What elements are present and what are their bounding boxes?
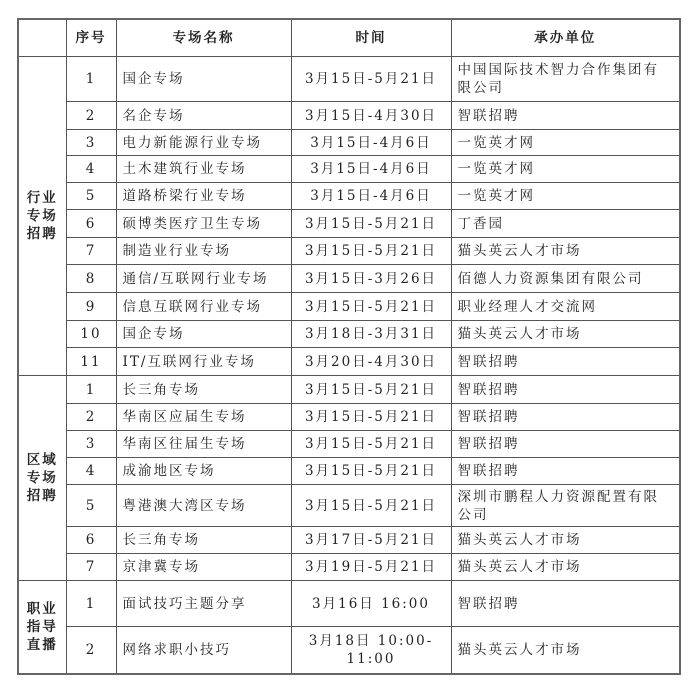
- row-number: 7: [66, 554, 116, 581]
- event-time: 3月15日-4月6日: [291, 156, 451, 183]
- table-row: 3电力新能源行业专场3月15日-4月6日一览英才网: [18, 130, 680, 156]
- row-number: 10: [66, 321, 116, 348]
- table-row: 2华南区应届生专场3月15日-5月21日智联招聘: [18, 404, 680, 431]
- table-row: 5道路桥梁行业专场3月15日-4月6日一览英才网: [18, 183, 680, 210]
- event-time: 3月18日-3月31日: [291, 321, 451, 348]
- organizer: 智联招聘: [451, 348, 680, 376]
- event-name: 名企专场: [116, 102, 291, 130]
- organizer: 丁香园: [451, 210, 680, 238]
- event-time: 3月15日-5月21日: [291, 57, 451, 102]
- row-number: 2: [66, 627, 116, 674]
- row-number: 5: [66, 183, 116, 210]
- event-time: 3月20日-4月30日: [291, 348, 451, 376]
- organizer: 猫头英云人才市场: [451, 527, 680, 554]
- organizer: 职业经理人才交流网: [451, 293, 680, 321]
- table-row: 10国企专场3月18日-3月31日猫头英云人才市场: [18, 321, 680, 348]
- event-name: 信息互联网行业专场: [116, 293, 291, 321]
- header-row: 序号 专场名称 时间 承办单位: [18, 19, 680, 57]
- organizer: 猫头英云人才市场: [451, 238, 680, 265]
- section-label-line: 行业: [25, 189, 60, 207]
- row-number: 3: [66, 431, 116, 458]
- row-number: 3: [66, 130, 116, 156]
- event-name: 电力新能源行业专场: [116, 130, 291, 156]
- table-row: 3华南区往届生专场3月15日-5月21日智联招聘: [18, 431, 680, 458]
- header-org: 承办单位: [451, 19, 680, 57]
- event-name: 面试技巧主题分享: [116, 581, 291, 627]
- event-time: 3月15日-5月21日: [291, 458, 451, 485]
- event-time: 3月19日-5月21日: [291, 554, 451, 581]
- row-number: 5: [66, 485, 116, 527]
- table-row: 4土木建筑行业专场3月15日-4月6日一览英才网: [18, 156, 680, 183]
- event-time: 3月15日-4月6日: [291, 130, 451, 156]
- event-name: 国企专场: [116, 57, 291, 102]
- schedule-table: 序号 专场名称 时间 承办单位 行业专场招聘1国企专场3月15日-5月21日中国…: [17, 18, 681, 675]
- header-no: 序号: [66, 19, 116, 57]
- section-label: 职业指导直播: [18, 581, 66, 674]
- table-row: 4成渝地区专场3月15日-5月21日智联招聘: [18, 458, 680, 485]
- event-name: 京津冀专场: [116, 554, 291, 581]
- event-time: 3月15日-5月21日: [291, 485, 451, 527]
- row-number: 6: [66, 527, 116, 554]
- table-row: 2名企专场3月15日-4月30日智联招聘: [18, 102, 680, 130]
- organizer: 猫头英云人才市场: [451, 554, 680, 581]
- table-row: 行业专场招聘1国企专场3月15日-5月21日中国国际技术智力合作集团有限公司: [18, 57, 680, 102]
- table-row: 8通信/互联网行业专场3月15日-3月26日佰德人力资源集团有限公司: [18, 265, 680, 293]
- row-number: 4: [66, 156, 116, 183]
- event-time: 3月18日 10:00-11:00: [291, 627, 451, 674]
- row-number: 1: [66, 581, 116, 627]
- event-time: 3月15日-4月30日: [291, 102, 451, 130]
- event-name: 长三角专场: [116, 527, 291, 554]
- event-time: 3月17日-5月21日: [291, 527, 451, 554]
- table-body: 行业专场招聘1国企专场3月15日-5月21日中国国际技术智力合作集团有限公司2名…: [18, 57, 680, 674]
- organizer: 中国国际技术智力合作集团有限公司: [451, 57, 680, 102]
- section-label-line: 招聘: [25, 225, 60, 243]
- row-number: 7: [66, 238, 116, 265]
- table-row: 职业指导直播1面试技巧主题分享3月16日 16:00智联招聘: [18, 581, 680, 627]
- row-number: 1: [66, 57, 116, 102]
- table-row: 2网络求职小技巧3月18日 10:00-11:00猫头英云人才市场: [18, 627, 680, 674]
- event-name: IT/互联网行业专场: [116, 348, 291, 376]
- header-time: 时间: [291, 19, 451, 57]
- event-time: 3月15日-5月21日: [291, 238, 451, 265]
- organizer: 猫头英云人才市场: [451, 627, 680, 674]
- table-row: 6长三角专场3月17日-5月21日猫头英云人才市场: [18, 527, 680, 554]
- table-row: 5粤港澳大湾区专场3月15日-5月21日深圳市鹏程人力资源配置有限公司: [18, 485, 680, 527]
- table-row: 7京津冀专场3月19日-5月21日猫头英云人才市场: [18, 554, 680, 581]
- organizer: 智联招聘: [451, 458, 680, 485]
- event-name: 成渝地区专场: [116, 458, 291, 485]
- organizer: 智联招聘: [451, 581, 680, 627]
- organizer: 智联招聘: [451, 376, 680, 404]
- event-time: 3月15日-5月21日: [291, 431, 451, 458]
- section-label: 行业专场招聘: [18, 57, 66, 376]
- event-name: 网络求职小技巧: [116, 627, 291, 674]
- event-time: 3月15日-5月21日: [291, 376, 451, 404]
- organizer: 智联招聘: [451, 102, 680, 130]
- table-row: 9信息互联网行业专场3月15日-5月21日职业经理人才交流网: [18, 293, 680, 321]
- event-name: 粤港澳大湾区专场: [116, 485, 291, 527]
- organizer: 智联招聘: [451, 404, 680, 431]
- event-name: 国企专场: [116, 321, 291, 348]
- header-name: 专场名称: [116, 19, 291, 57]
- row-number: 8: [66, 265, 116, 293]
- section-label-line: 区域: [25, 451, 60, 469]
- table-row: 7制造业行业专场3月15日-5月21日猫头英云人才市场: [18, 238, 680, 265]
- event-time: 3月15日-5月21日: [291, 293, 451, 321]
- event-name: 华南区应届生专场: [116, 404, 291, 431]
- section-label-line: 指导: [25, 618, 60, 636]
- event-time: 3月15日-5月21日: [291, 210, 451, 238]
- section-label-line: 直播: [25, 636, 60, 654]
- organizer: 猫头英云人才市场: [451, 321, 680, 348]
- event-name: 硕博类医疗卫生专场: [116, 210, 291, 238]
- header-section: [18, 19, 66, 57]
- organizer: 智联招聘: [451, 431, 680, 458]
- event-name: 通信/互联网行业专场: [116, 265, 291, 293]
- row-number: 4: [66, 458, 116, 485]
- organizer: 深圳市鹏程人力资源配置有限公司: [451, 485, 680, 527]
- event-time: 3月15日-4月6日: [291, 183, 451, 210]
- table-row: 区域专场招聘1长三角专场3月15日-5月21日智联招聘: [18, 376, 680, 404]
- section-label-line: 专场: [25, 207, 60, 225]
- table-row: 6硕博类医疗卫生专场3月15日-5月21日丁香园: [18, 210, 680, 238]
- event-name: 制造业行业专场: [116, 238, 291, 265]
- section-label-line: 专场: [25, 469, 60, 487]
- row-number: 2: [66, 404, 116, 431]
- row-number: 2: [66, 102, 116, 130]
- event-name: 华南区往届生专场: [116, 431, 291, 458]
- row-number: 1: [66, 376, 116, 404]
- event-name: 长三角专场: [116, 376, 291, 404]
- row-number: 11: [66, 348, 116, 376]
- row-number: 9: [66, 293, 116, 321]
- event-time: 3月16日 16:00: [291, 581, 451, 627]
- section-label-line: 招聘: [25, 487, 60, 505]
- event-name: 道路桥梁行业专场: [116, 183, 291, 210]
- event-time: 3月15日-5月21日: [291, 404, 451, 431]
- event-name: 土木建筑行业专场: [116, 156, 291, 183]
- section-label: 区域专场招聘: [18, 376, 66, 581]
- row-number: 6: [66, 210, 116, 238]
- section-label-line: 职业: [25, 600, 60, 618]
- organizer: 一览英才网: [451, 183, 680, 210]
- event-time: 3月15日-3月26日: [291, 265, 451, 293]
- organizer: 佰德人力资源集团有限公司: [451, 265, 680, 293]
- organizer: 一览英才网: [451, 156, 680, 183]
- table-row: 11IT/互联网行业专场3月20日-4月30日智联招聘: [18, 348, 680, 376]
- organizer: 一览英才网: [451, 130, 680, 156]
